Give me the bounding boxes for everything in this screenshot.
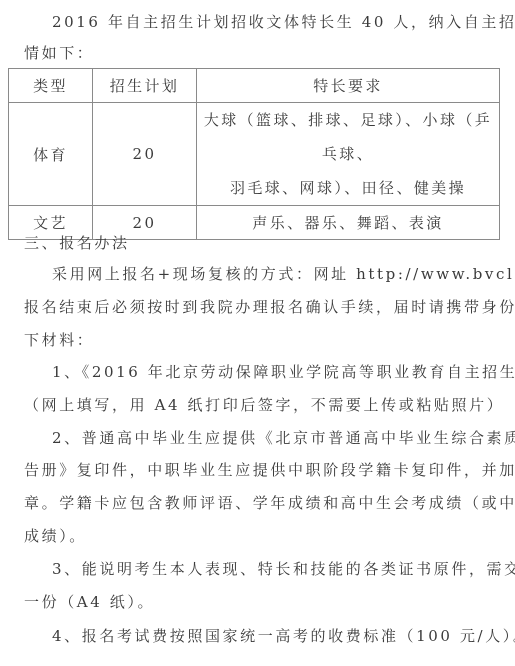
requirement-line: 羽毛球、网球）、田径、健美操 xyxy=(197,171,499,205)
special-talent-table: 类型 招生计划 特长要求 体育 20 大球（篮球、排球、足球）、小球（乒乓球、 … xyxy=(8,68,500,240)
list-item-3-cont: 一份（A4 纸）。 xyxy=(24,592,155,612)
list-item-2: 2、普通高中毕业生应提供《北京市普通高中毕业生综合素质评价报 xyxy=(52,428,515,448)
header-requirement: 特长要求 xyxy=(197,69,500,103)
list-item-3: 3、能说明考生本人表现、特长和技能的各类证书原件，需交复印件 xyxy=(52,559,515,579)
list-item-2-cont: 成绩）。 xyxy=(24,526,87,546)
cell-type: 体育 xyxy=(9,103,93,206)
list-item-2-cont: 章。学籍卡应包含教师评语、学年成绩和高中生会考成绩（或中职生毕业 xyxy=(24,493,515,513)
section-heading: 三、报名办法 xyxy=(24,233,130,253)
intro-line-2: 情如下： xyxy=(24,43,94,63)
table-row: 体育 20 大球（篮球、排球、足球）、小球（乒乓球、 羽毛球、网球）、田径、健美… xyxy=(9,103,500,206)
list-item-4: 4、报名考试费按照国家统一高考的收费标准（100 元/人）。 xyxy=(52,626,515,646)
table-header-row: 类型 招生计划 特长要求 xyxy=(9,69,500,103)
cell-requirement: 声乐、器乐、舞蹈、表演 xyxy=(197,206,500,240)
requirement-line: 大球（篮球、排球、足球）、小球（乒乓球、 xyxy=(197,103,499,171)
cell-plan: 20 xyxy=(93,103,197,206)
intro-line-1: 2016 年自主招生计划招收文体特长生 40 人，纳入自主招生计划，详 xyxy=(52,12,515,32)
list-item-1-cont: （网上填写，用 A4 纸打印后签字，不需要上传或粘贴照片） xyxy=(24,395,504,415)
list-item-2-cont: 告册》复印件，中职毕业生应提供中职阶段学籍卡复印件，并加盖学校公 xyxy=(24,460,515,480)
cell-requirement: 大球（篮球、排球、足球）、小球（乒乓球、 羽毛球、网球）、田径、健美操 xyxy=(197,103,500,206)
paragraph-line: 报名结束后必须按时到我院办理报名确认手续，届时请携带身份证和以 xyxy=(24,297,515,317)
header-type: 类型 xyxy=(9,69,93,103)
paragraph-line: 下材料： xyxy=(24,330,94,350)
paragraph-line: 采用网上报名+现场复核的方式：网址 http://www.bvclss.cn，网… xyxy=(52,264,515,284)
list-item-1: 1、《2016 年北京劳动保障职业学院高等职业教育自主招生报名表》 xyxy=(52,362,515,382)
header-plan: 招生计划 xyxy=(93,69,197,103)
